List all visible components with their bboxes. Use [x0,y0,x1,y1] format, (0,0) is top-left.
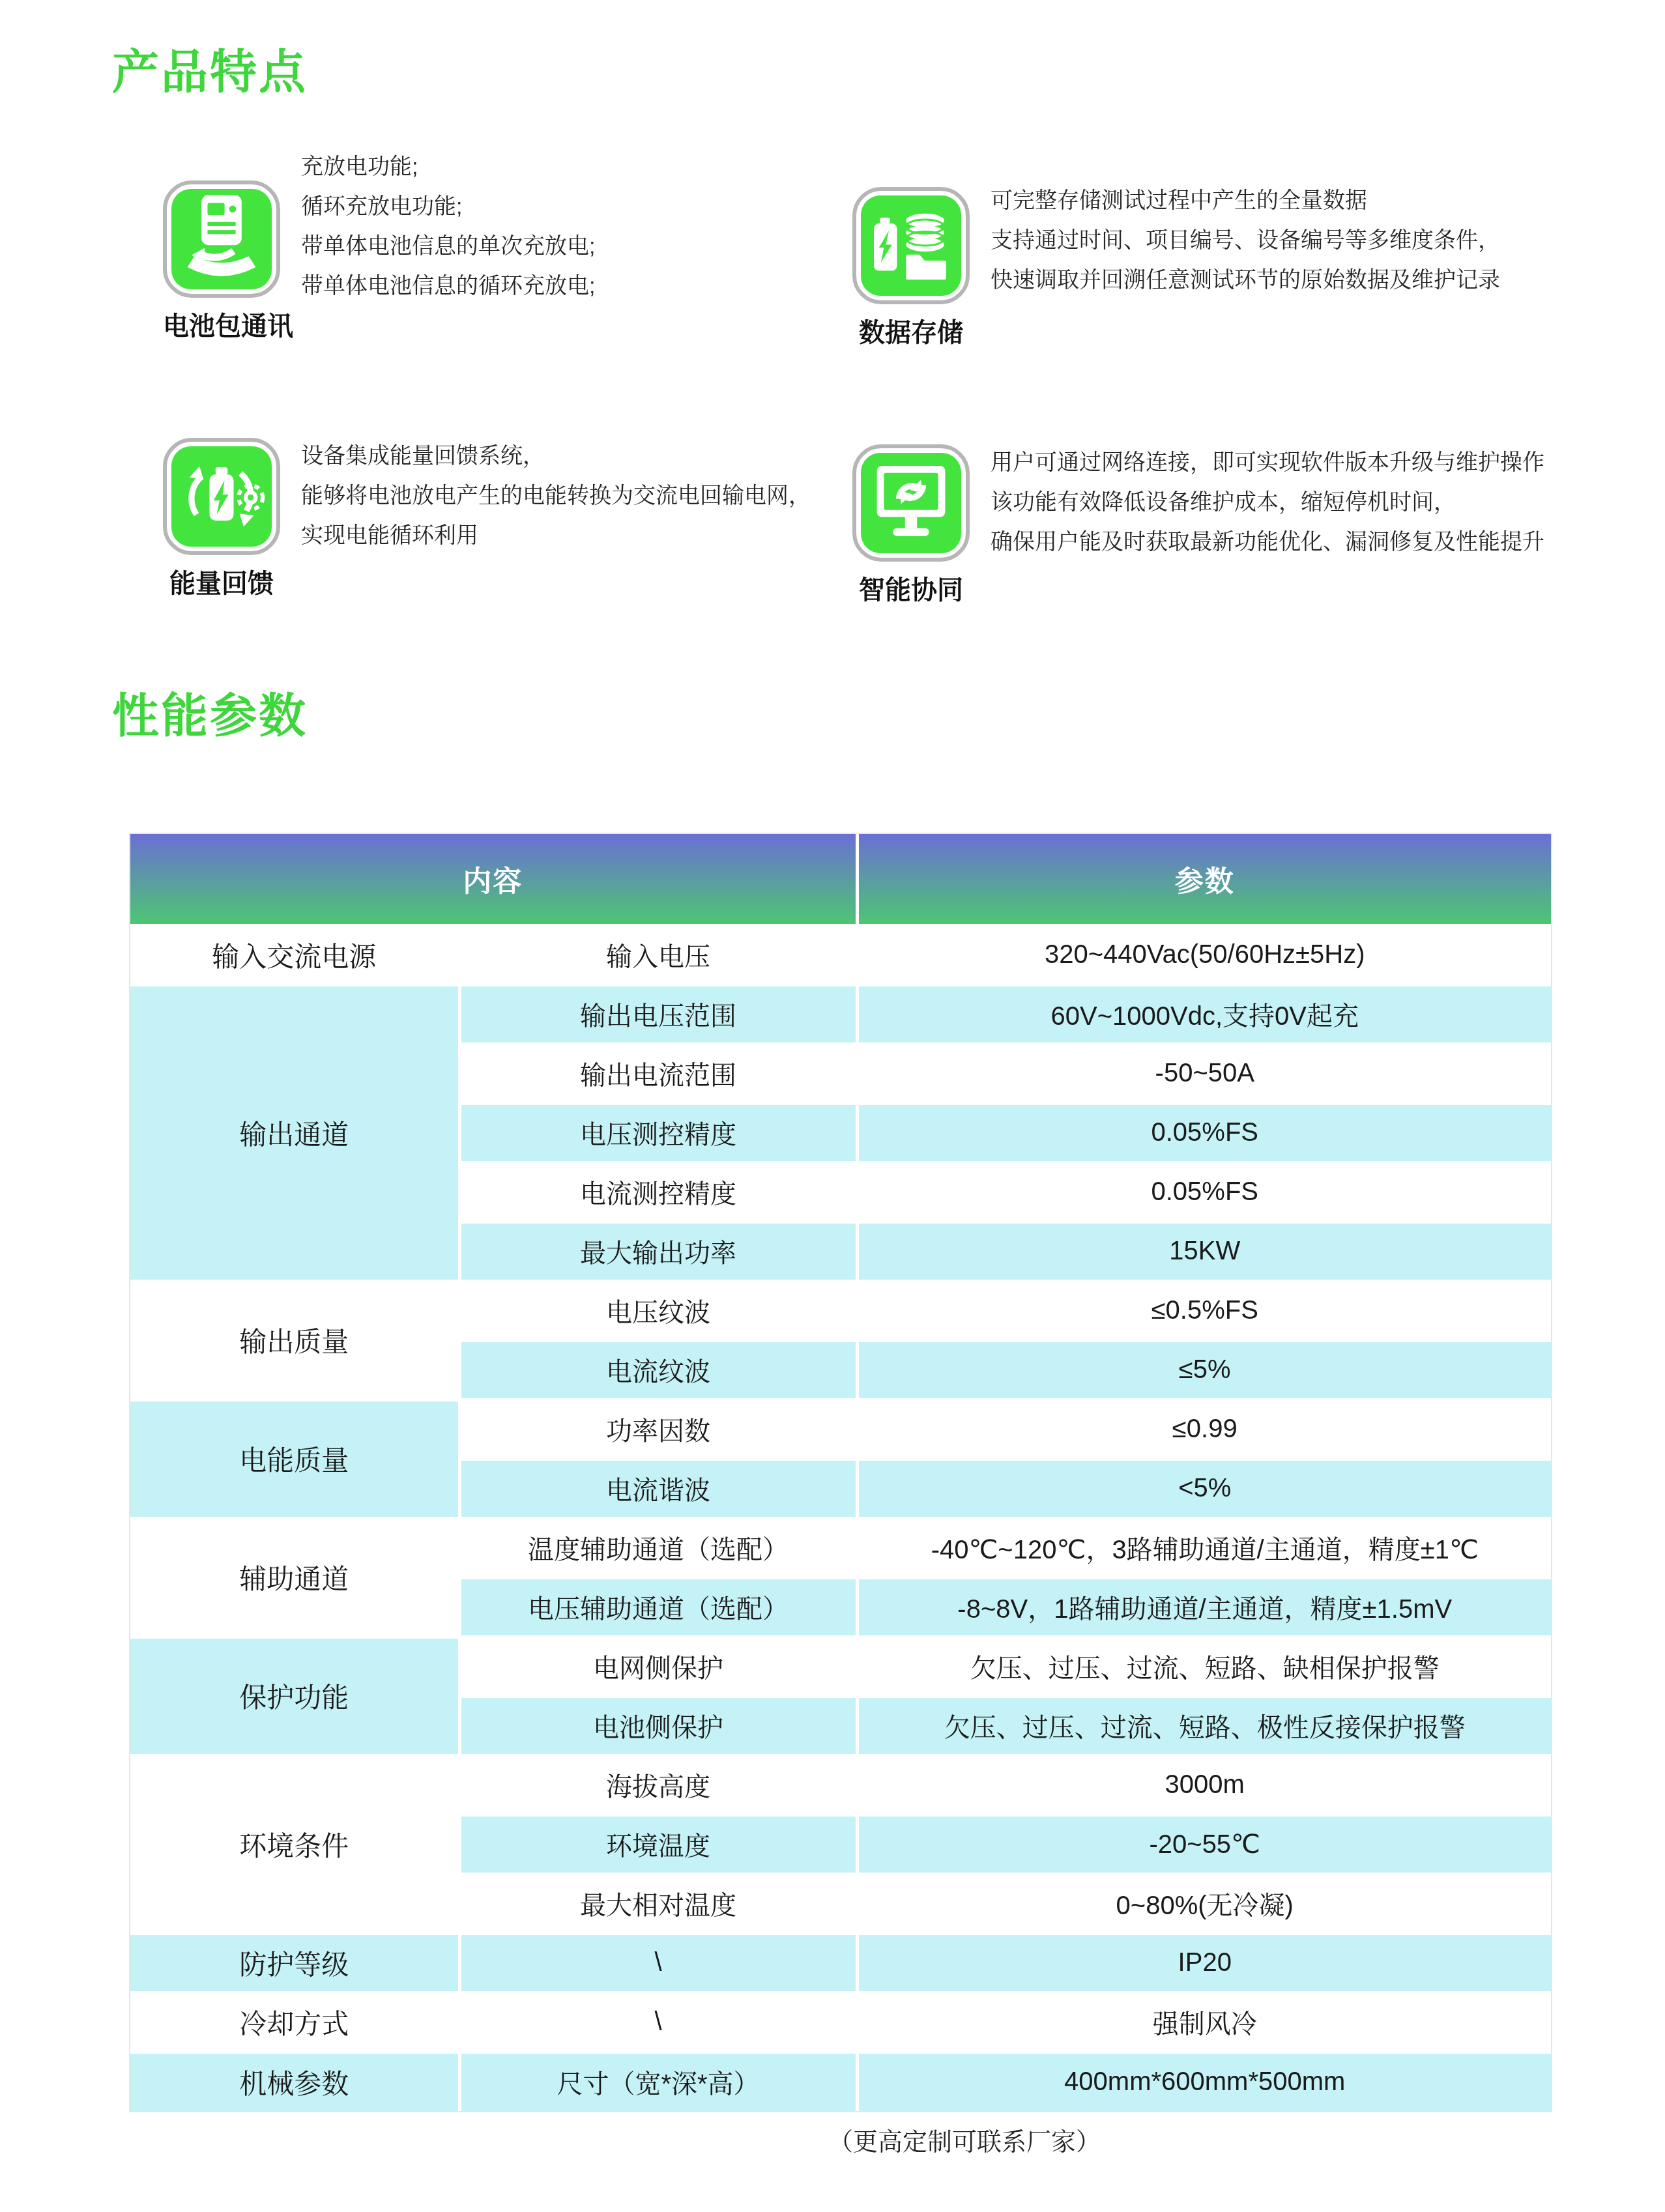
spec-item-cell: 输入电压 [459,925,857,984]
spec-item-cell: 电网侧保护 [459,1637,857,1696]
feature-icon-block: 数据存储 [852,187,970,349]
spec-value-cell: 3000m [857,1755,1551,1815]
spec-table-header-row: 内容 参数 [130,834,1551,925]
spec-item-cell: 输出电压范围 [459,984,857,1044]
monitor-sync-icon [852,444,970,562]
spec-value-cell: <5% [857,1459,1551,1518]
spec-value-cell: -40℃~120℃，3路辅助通道/主通道，精度±1℃ [857,1518,1551,1577]
spec-item-cell: 电池侧保护 [459,1696,857,1755]
spec-category-cell: 辅助通道 [130,1518,459,1637]
spec-row: 电能质量功率因数≤0.99 [130,1400,1551,1459]
feature-text-line: 带单体电池信息的循环充放电; [301,266,595,306]
spec-item-cell: 电流测控精度 [459,1162,857,1222]
spec-value-cell: ≤0.5%FS [857,1281,1551,1340]
spec-row: 辅助通道温度辅助通道（选配）-40℃~120℃，3路辅助通道/主通道，精度±1℃ [130,1518,1551,1577]
spec-item-cell: 功率因数 [459,1400,857,1459]
spec-value-cell: 欠压、过压、过流、短路、缺相保护报警 [857,1637,1551,1696]
specs-section-title: 性能参数 [112,678,308,745]
spec-row: 保护功能电网侧保护欠压、过压、过流、短路、缺相保护报警 [130,1637,1551,1696]
spec-row: 输出通道输出电压范围60V~1000Vdc,支持0V起充 [130,984,1551,1044]
spec-item-cell: 最大相对温度 [459,1874,857,1933]
spec-value-cell: 0.05%FS [857,1103,1551,1162]
spec-value-cell: IP20 [857,1933,1551,1992]
spec-value-cell: 0~80%(无冷凝) [857,1874,1551,1933]
feature-icon-block: 智能协同 [852,444,970,607]
footer-note: （更高定制可联系厂家） [264,2121,1665,2157]
feature-text-line: 实现电能循环利用 [301,516,811,556]
spec-row: 输入交流电源输入电压320~440Vac(50/60Hz±5Hz) [130,925,1551,984]
spec-category-cell: 机械参数 [130,2052,459,2111]
feature-text: 充放电功能;循环充放电功能;带单体电池信息的单次充放电;带单体电池信息的循环充放… [301,147,595,306]
spec-row: 输出质量电压纹波≤0.5%FS [130,1281,1551,1340]
feature-label: 电池包通讯 [163,306,280,343]
spec-item-cell: \ [459,1933,857,1992]
spec-value-cell: 欠压、过压、过流、短路、极性反接保护报警 [857,1696,1551,1755]
feature-text-line: 充放电功能; [301,147,595,187]
spec-item-cell: 电压纹波 [459,1281,857,1340]
feature-text: 设备集成能量回馈系统，能够将电池放电产生的电能转换为交流电回输电网，实现电能循环… [301,437,811,556]
feature-text-line: 设备集成能量回馈系统， [301,437,811,476]
spec-value-cell: 400mm*600mm*500mm [857,2052,1551,2111]
spec-category-cell: 防护等级 [130,1933,459,1992]
spec-value-cell: ≤5% [857,1340,1551,1400]
spec-item-cell: 温度辅助通道（选配） [459,1518,857,1577]
feature-text-line: 确保用户能及时获取最新功能优化、漏洞修复及性能提升 [991,523,1544,562]
feature-text-line: 用户可通过网络连接，即可实现软件版本升级与维护操作 [991,443,1544,483]
spec-value-cell: 15KW [857,1222,1551,1281]
spec-value-cell: 0.05%FS [857,1162,1551,1222]
feature-icon-block: 能量回馈 [163,438,280,600]
energy-recycle-icon [163,438,280,555]
spec-value-cell: -8~8V，1路辅助通道/主通道，精度±1.5mV [857,1577,1551,1637]
feature-label: 数据存储 [852,312,970,349]
feature-label: 能量回馈 [163,563,280,600]
spec-item-cell: 输出电流范围 [459,1044,857,1103]
header-cell-parameter: 参数 [857,834,1551,925]
spec-category-cell: 保护功能 [130,1637,459,1755]
database-storage-icon [852,187,970,304]
spec-category-cell: 环境条件 [130,1755,459,1933]
spec-item-cell: 最大输出功率 [459,1222,857,1281]
spec-category-cell: 输出通道 [130,984,459,1281]
feature-label: 智能协同 [852,569,970,607]
feature-text-line: 可完整存储测试过程中产生的全量数据 [991,181,1500,221]
feature-text-line: 能够将电池放电产生的电能转换为交流电回输电网， [301,476,811,516]
feature-text-line: 该功能有效降低设备维护成本，缩短停机时间， [991,483,1544,523]
spec-category-cell: 冷却方式 [130,1992,459,2052]
feature-text: 可完整存储测试过程中产生的全量数据支持通过时间、项目编号、设备编号等多维度条件，… [991,181,1500,300]
spec-item-cell: 环境温度 [459,1815,857,1874]
feature-text: 用户可通过网络连接，即可实现软件版本升级与维护操作该功能有效降低设备维护成本，缩… [991,443,1544,562]
spec-value-cell: 60V~1000Vdc,支持0V起充 [857,984,1551,1044]
spec-value-cell: -50~50A [857,1044,1551,1103]
spec-row: 机械参数尺寸（宽*深*高）400mm*600mm*500mm [130,2052,1551,2111]
battery-device-hand-icon [163,180,280,298]
spec-value-cell: -20~55℃ [857,1815,1551,1874]
spec-row: 冷却方式\强制风冷 [130,1992,1551,2052]
spec-item-cell: 电压辅助通道（选配） [459,1577,857,1637]
spec-table: 内容 参数 输入交流电源输入电压320~440Vac(50/60Hz±5Hz)输… [130,834,1551,2111]
spec-value-cell: ≤0.99 [857,1400,1551,1459]
feature-icon-block: 电池包通讯 [163,180,280,343]
spec-row: 防护等级\IP20 [130,1933,1551,1992]
feature-text-line: 循环充放电功能; [301,187,595,227]
spec-item-cell: 电流纹波 [459,1340,857,1400]
feature-text-line: 带单体电池信息的单次充放电; [301,227,595,266]
header-cell-content: 内容 [130,834,857,925]
spec-category-cell: 电能质量 [130,1400,459,1518]
spec-category-cell: 输入交流电源 [130,925,459,984]
spec-item-cell: 尺寸（宽*深*高） [459,2052,857,2111]
spec-category-cell: 输出质量 [130,1281,459,1400]
spec-item-cell: 海拔高度 [459,1755,857,1815]
spec-item-cell: \ [459,1992,857,2052]
feature-text-line: 快速调取并回溯任意测试环节的原始数据及维护记录 [991,261,1500,300]
spec-value-cell: 强制风冷 [857,1992,1551,2052]
feature-text-line: 支持通过时间、项目编号、设备编号等多维度条件， [991,221,1500,261]
spec-row: 环境条件海拔高度3000m [130,1755,1551,1815]
spec-item-cell: 电流谐波 [459,1459,857,1518]
spec-value-cell: 320~440Vac(50/60Hz±5Hz) [857,925,1551,984]
features-section-title: 产品特点 [112,34,308,102]
spec-item-cell: 电压测控精度 [459,1103,857,1162]
